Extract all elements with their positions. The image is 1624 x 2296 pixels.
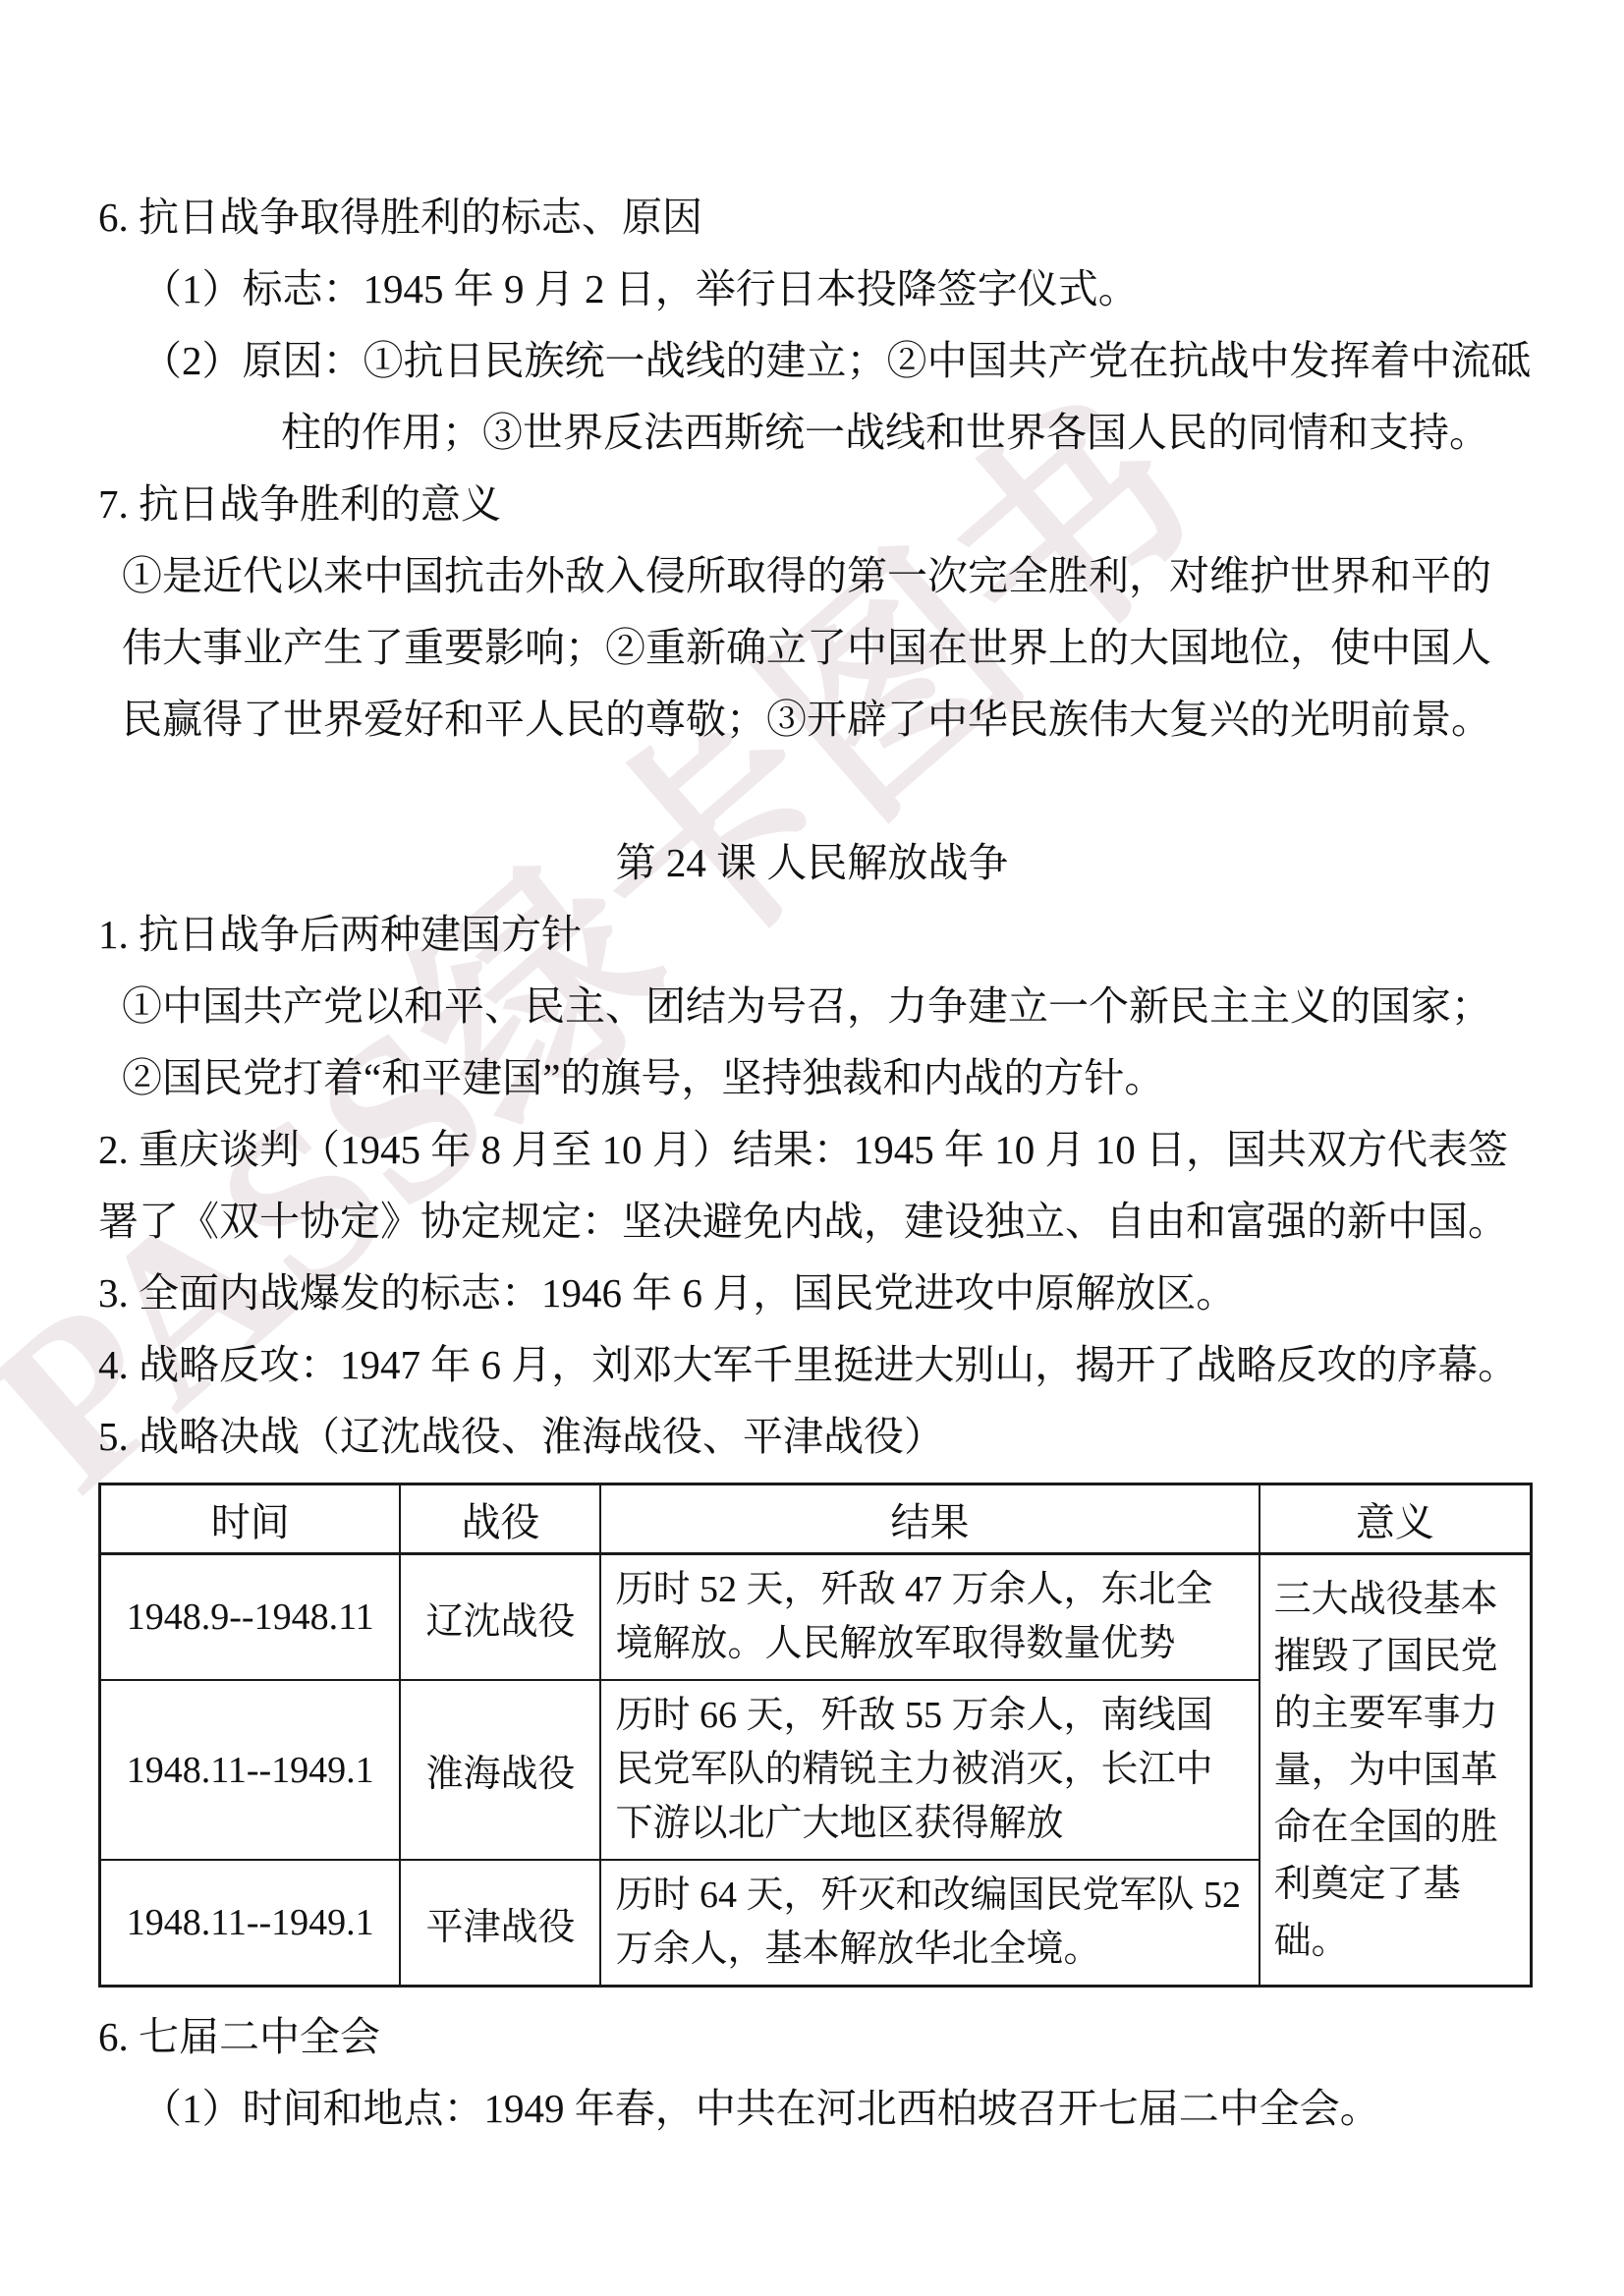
cell-result: 历时 52 天，歼敌 47 万余人，东北全境解放。人民解放军取得数量优势 — [600, 1554, 1259, 1681]
cell-battle: 辽沈战役 — [400, 1554, 600, 1681]
header-battle: 战役 — [400, 1484, 600, 1554]
header-result: 结果 — [600, 1484, 1259, 1554]
cell-significance: 三大战役基本摧毁了国民党的主要军事力量，为中国革命在全国的胜利奠定了基础。 — [1260, 1554, 1532, 1987]
text-line: 4. 战略反攻：1947 年 6 月，刘邓大军千里挺进大别山，揭开了战略反攻的序… — [98, 1329, 1526, 1401]
table-row: 1948.9--1948.11 辽沈战役 历时 52 天，歼敌 47 万余人，东… — [100, 1554, 1532, 1681]
text-line: 6. 七届二中全会 — [98, 2001, 1526, 2073]
battles-table: 时间 战役 结果 意义 1948.9--1948.11 辽沈战役 历时 52 天… — [98, 1483, 1533, 1988]
text-line: 3. 全面内战爆发的标志：1946 年 6 月，国民党进攻中原解放区。 — [98, 1258, 1526, 1329]
text-line: ①中国共产党以和平、民主、团结为号召，力争建立一个新民主主义的国家； — [98, 971, 1526, 1042]
cell-time: 1948.9--1948.11 — [100, 1554, 401, 1681]
document-page: PASS绿卡图书 6. 抗日战争取得胜利的标志、原因 （1）标志：1945 年 … — [0, 0, 1624, 2296]
text-line: 署了《双十协定》协定规定：坚决避免内战，建设独立、自由和富强的新中国。 — [98, 1186, 1526, 1258]
text-line: 2. 重庆谈判（1945 年 8 月至 10 月）结果：1945 年 10 月 … — [98, 1114, 1526, 1186]
text-line: （1）标志：1945 年 9 月 2 日，举行日本投降签字仪式。 — [98, 253, 1526, 325]
text-line: 6. 抗日战争取得胜利的标志、原因 — [98, 182, 1526, 253]
text-line: ①是近代以来中国抗击外敌入侵所取得的第一次完全胜利，对维护世界和平的 — [98, 540, 1526, 612]
header-time: 时间 — [100, 1484, 401, 1554]
text-line: 民赢得了世界爱好和平人民的尊敬；③开辟了中华民族伟大复兴的光明前景。 — [98, 684, 1526, 756]
cell-result: 历时 66 天，歼敌 55 万余人，南线国民党军队的精锐主力被消灭，长江中下游以… — [600, 1680, 1259, 1860]
text-line: ②国民党打着“和平建国”的旗号，坚持独裁和内战的方针。 — [98, 1042, 1526, 1114]
text-line: 伟大事业产生了重要影响；②重新确立了中国在世界上的大国地位，使中国人 — [98, 612, 1526, 684]
page-content: 6. 抗日战争取得胜利的标志、原因 （1）标志：1945 年 9 月 2 日，举… — [0, 0, 1624, 2145]
cell-time: 1948.11--1949.1 — [100, 1860, 401, 1987]
table-header-row: 时间 战役 结果 意义 — [100, 1484, 1532, 1554]
cell-time: 1948.11--1949.1 — [100, 1680, 401, 1860]
cell-result: 历时 64 天，歼灭和改编国民党军队 52 万余人，基本解放华北全境。 — [600, 1860, 1259, 1987]
text-line: （1）时间和地点：1949 年春，中共在河北西柏坡召开七届二中全会。 — [98, 2073, 1526, 2145]
cell-battle: 淮海战役 — [400, 1680, 600, 1860]
text-line: 柱的作用；③世界反法西斯统一战线和世界各国人民的同情和支持。 — [98, 397, 1526, 469]
text-line: （2）原因：①抗日民族统一战线的建立；②中国共产党在抗战中发挥着中流砥 — [98, 325, 1526, 397]
text-line: 5. 战略决战（辽沈战役、淮海战役、平津战役） — [98, 1401, 1526, 1473]
text-line: 7. 抗日战争胜利的意义 — [98, 469, 1526, 540]
cell-battle: 平津战役 — [400, 1860, 600, 1987]
header-significance: 意义 — [1260, 1484, 1532, 1554]
lesson-heading: 第 24 课 人民解放战争 — [98, 827, 1526, 899]
text-line: 1. 抗日战争后两种建国方针 — [98, 899, 1526, 971]
